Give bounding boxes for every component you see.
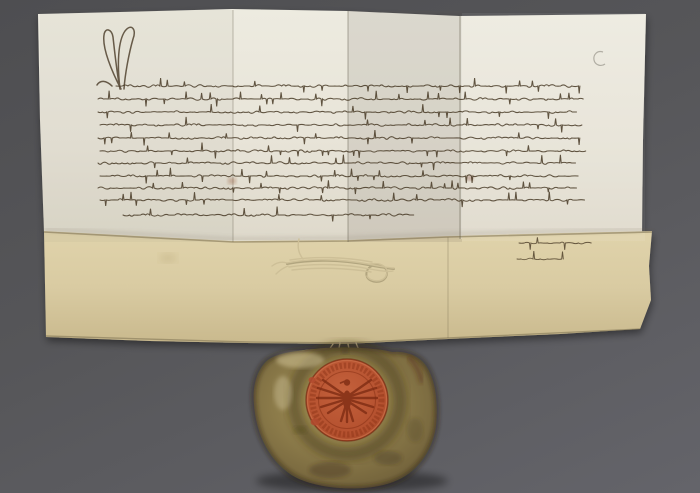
seal-impression xyxy=(306,359,388,441)
wax-seal xyxy=(254,348,437,489)
charter-photograph xyxy=(0,0,700,493)
plica-fold xyxy=(44,231,652,344)
